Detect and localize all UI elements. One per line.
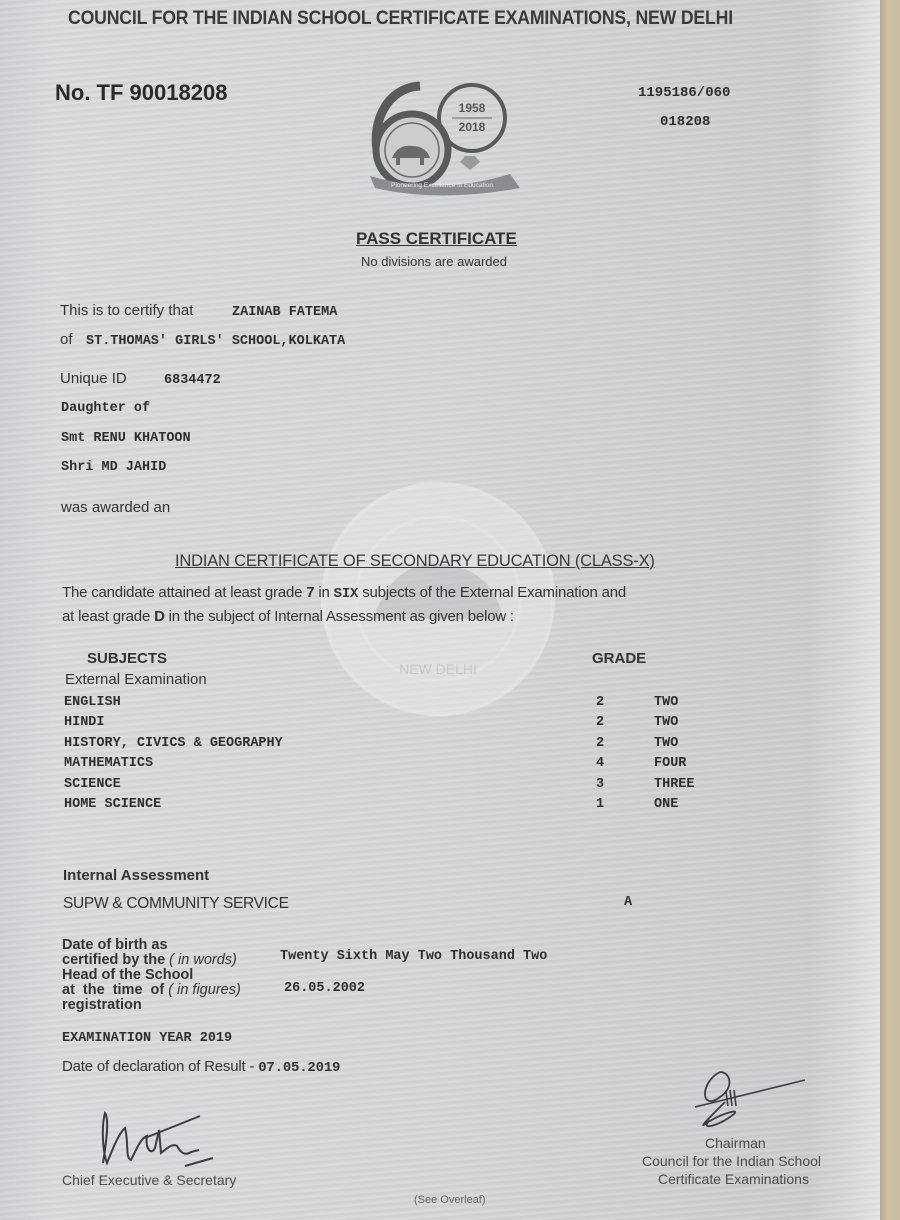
svg-text:1958: 1958: [459, 101, 486, 115]
secretary-title: Chief Executive & Secretary: [62, 1172, 236, 1188]
awarded-label: was awarded an: [61, 499, 170, 516]
qualification-text: in: [318, 584, 329, 601]
qualification-text: in the subject of Internal Assessment as…: [169, 608, 514, 625]
declaration-date: 07.05.2019: [258, 1060, 340, 1076]
qualification-text: at least grade: [62, 608, 150, 625]
subjects-header: SUBJECTS: [87, 650, 167, 667]
declaration-line: Date of declaration of Result - 07.05.20…: [62, 1058, 340, 1076]
subject-name: HINDI: [64, 715, 105, 730]
subject-grade-words: TWO: [654, 736, 678, 751]
dob-in-figures: 26.05.2002: [284, 981, 365, 996]
pass-certificate-title: PASS CERTIFICATE: [356, 229, 517, 249]
dob-label-line: Head of the School: [62, 968, 241, 983]
subject-grade-words: TWO: [654, 695, 678, 710]
certificate-number: No. TF 90018208: [55, 80, 227, 106]
svg-text:NEW DELHI: NEW DELHI: [399, 661, 477, 677]
subject-grade: 3: [596, 777, 604, 792]
chairman-org-line-2: Certificate Examinations: [658, 1171, 809, 1187]
dob-in-words: Twenty Sixth May Two Thousand Two: [280, 949, 547, 964]
subject-grade: 2: [596, 736, 604, 751]
internal-grade: A: [624, 895, 632, 910]
svg-text:Pioneering Excellence in Educa: Pioneering Excellence in Education: [391, 182, 493, 189]
subject-grade: 1: [596, 797, 604, 812]
subject-grade-words: ONE: [654, 797, 678, 812]
dob-label-line: Date of birth as: [62, 938, 241, 953]
subject-grade: 4: [596, 756, 604, 771]
chairman-title: Chairman: [705, 1135, 766, 1151]
dob-label: Date of birth as certified by the ( in w…: [62, 938, 241, 1013]
subject-grade: 2: [596, 695, 604, 710]
subject-name: MATHEMATICS: [64, 756, 153, 771]
council-heading: COUNCIL FOR THE INDIAN SCHOOL CERTIFICAT…: [68, 8, 733, 30]
chairman-org-line-1: Council for the Indian School: [642, 1153, 821, 1169]
serial-number: 018208: [660, 114, 710, 130]
svg-text:2018: 2018: [459, 120, 486, 134]
candidate-name: ZAINAB FATEMA: [232, 305, 337, 320]
dob-label-line: at the time of ( in figures): [62, 983, 241, 998]
qualification-text: The candidate attained at least grade: [62, 584, 302, 601]
reference-number: 1195186/060: [638, 85, 730, 101]
see-overleaf-note: (See Overleaf): [414, 1194, 486, 1206]
unique-id: 6834472: [164, 373, 221, 388]
subject-grade-words: THREE: [654, 777, 695, 792]
mother-name: Smt RENU KHATOON: [61, 431, 191, 446]
in-words-label: ( in words): [169, 952, 237, 968]
internal-assessment-label: Internal Assessment: [63, 867, 209, 884]
qualification-text: subjects of the External Examination and: [362, 584, 626, 601]
anniversary-logo-icon: 1958 2018 Pioneering Excellence in Educa…: [360, 78, 530, 208]
father-name: Shri MD JAHID: [61, 460, 166, 475]
min-grade: 7: [306, 584, 314, 601]
external-exam-label: External Examination: [65, 671, 207, 688]
qualification-line-2: at least grade D in the subject of Inter…: [62, 608, 514, 625]
examination-year: EXAMINATION YEAR 2019: [62, 1031, 232, 1046]
internal-min-grade: D: [154, 608, 165, 625]
declaration-label: Date of declaration of Result -: [62, 1058, 254, 1075]
certify-label: This is to certify that: [60, 302, 193, 319]
subject-count: SIX: [334, 586, 359, 602]
dob-label-line: certified by the ( in words): [62, 953, 241, 968]
subject-name: HISTORY, CIVICS & GEOGRAPHY: [64, 736, 283, 751]
paper-edge: [880, 0, 900, 1220]
subject-grade: 2: [596, 715, 604, 730]
pass-certificate-subtitle: No divisions are awarded: [361, 254, 507, 269]
qualification-line-1: The candidate attained at least grade 7 …: [62, 584, 626, 602]
subject-name: HOME SCIENCE: [64, 797, 161, 812]
relation-label: Daughter of: [61, 401, 150, 416]
unique-id-label: Unique ID: [60, 370, 127, 387]
internal-subject: SUPW & COMMUNITY SERVICE: [63, 895, 289, 913]
in-figures-label: ( in figures): [168, 982, 241, 998]
grade-header: GRADE: [592, 650, 646, 667]
of-label: of: [60, 331, 73, 348]
dob-label-line: registration: [62, 998, 241, 1013]
subject-grade-words: FOUR: [654, 756, 686, 771]
chairman-signature-icon: [690, 1062, 810, 1142]
subject-name: SCIENCE: [64, 777, 121, 792]
subject-name: ENGLISH: [64, 695, 121, 710]
secretary-signature-icon: [95, 1108, 225, 1173]
subject-grade-words: TWO: [654, 715, 678, 730]
school-name: ST.THOMAS' GIRLS' SCHOOL,KOLKATA: [86, 334, 345, 349]
exam-title: INDIAN CERTIFICATE OF SECONDARY EDUCATIO…: [175, 552, 655, 571]
